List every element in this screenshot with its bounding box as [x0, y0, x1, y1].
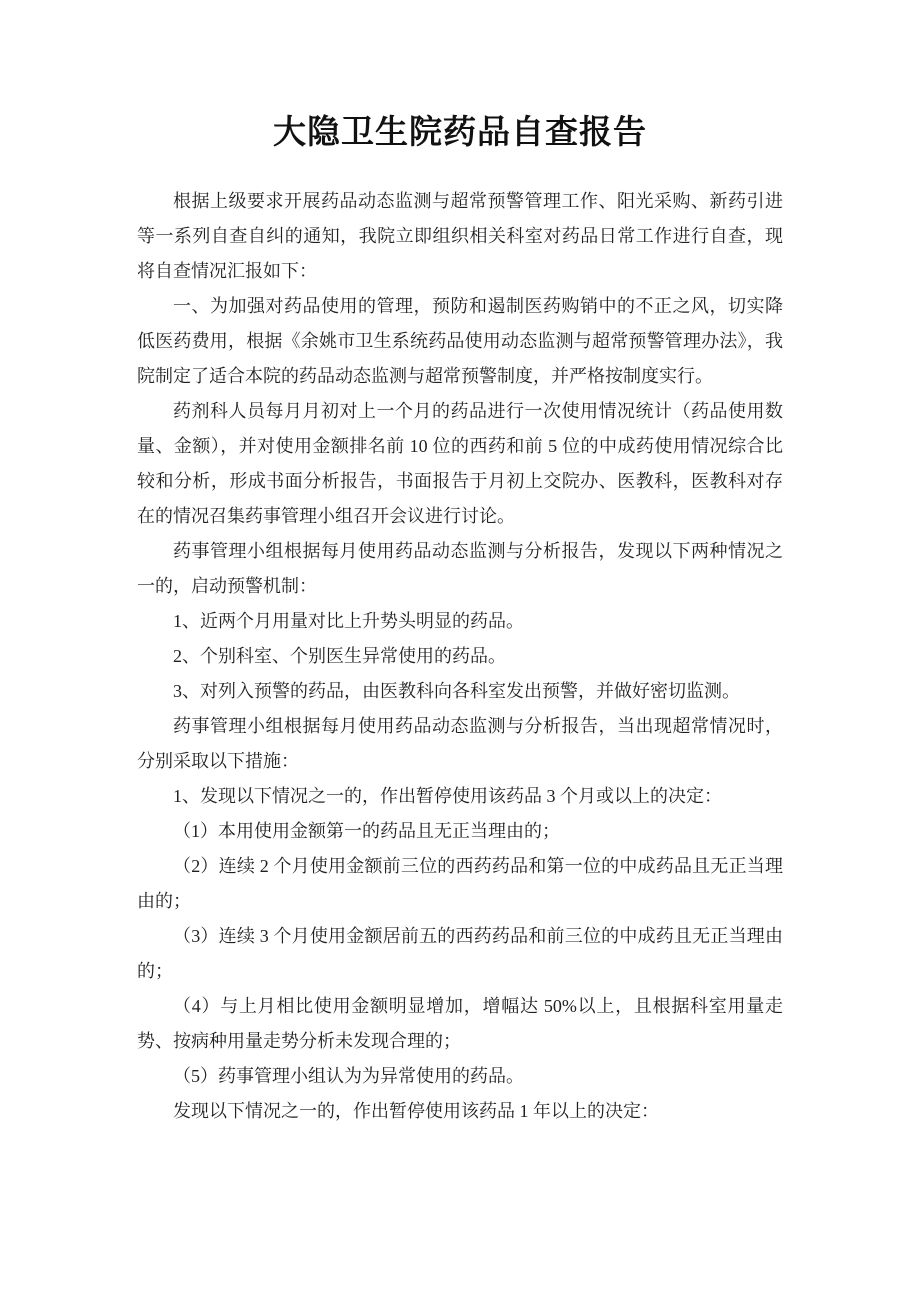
para-warning-item-3: 3、对列入预警的药品，由医教科向各科室发出预警，并做好密切监测。 — [137, 674, 783, 709]
document-body: 根据上级要求开展药品动态监测与超常预警管理工作、阳光采购、新药引进等一系列自查自… — [137, 184, 783, 1129]
para-section-one: 一、为加强对药品使用的管理，预防和遏制医药购销中的不正之风，切实降低医药费用，根… — [137, 289, 783, 394]
para-measure-1-sub-5: （5）药事管理小组认为为异常使用的药品。 — [137, 1059, 783, 1094]
para-measure-1-sub-1: （1）本用使用金额第一的药品且无正当理由的； — [137, 814, 783, 849]
para-warning-item-1: 1、近两个月用量对比上升势头明显的药品。 — [137, 604, 783, 639]
para-pharmacy-stats: 药剂科人员每月月初对上一个月的药品进行一次使用情况统计（药品使用数量、金额），并… — [137, 394, 783, 534]
para-measure-1-intro: 1、发现以下情况之一的，作出暂停使用该药品 3 个月或以上的决定： — [137, 779, 783, 814]
para-warning-item-2: 2、个别科室、个别医生异常使用的药品。 — [137, 639, 783, 674]
document-title: 大隐卫生院药品自查报告 — [137, 0, 783, 156]
para-measure-1-sub-3: （3）连续 3 个月使用金额居前五的西药药品和前三位的中成药且无正当理由的； — [137, 919, 783, 989]
para-warning-trigger-intro: 药事管理小组根据每月使用药品动态监测与分析报告，发现以下两种情况之一的，启动预警… — [137, 534, 783, 604]
para-measure-1-sub-4: （4）与上月相比使用金额明显增加，增幅达 50%以上，且根据科室用量走势、按病种… — [137, 989, 783, 1059]
para-suspend-1-year: 发现以下情况之一的，作出暂停使用该药品 1 年以上的决定： — [137, 1094, 783, 1129]
para-measures-intro: 药事管理小组根据每月使用药品动态监测与分析报告，当出现超常情况时，分别采取以下措… — [137, 709, 783, 779]
para-measure-1-sub-2: （2）连续 2 个月使用金额前三位的西药药品和第一位的中成药品且无正当理由的； — [137, 849, 783, 919]
para-intro: 根据上级要求开展药品动态监测与超常预警管理工作、阳光采购、新药引进等一系列自查自… — [137, 184, 783, 289]
document-content: 大隐卫生院药品自查报告 根据上级要求开展药品动态监测与超常预警管理工作、阳光采购… — [0, 0, 920, 1129]
document-page: 大隐卫生院药品自查报告 根据上级要求开展药品动态监测与超常预警管理工作、阳光采购… — [0, 0, 920, 1302]
